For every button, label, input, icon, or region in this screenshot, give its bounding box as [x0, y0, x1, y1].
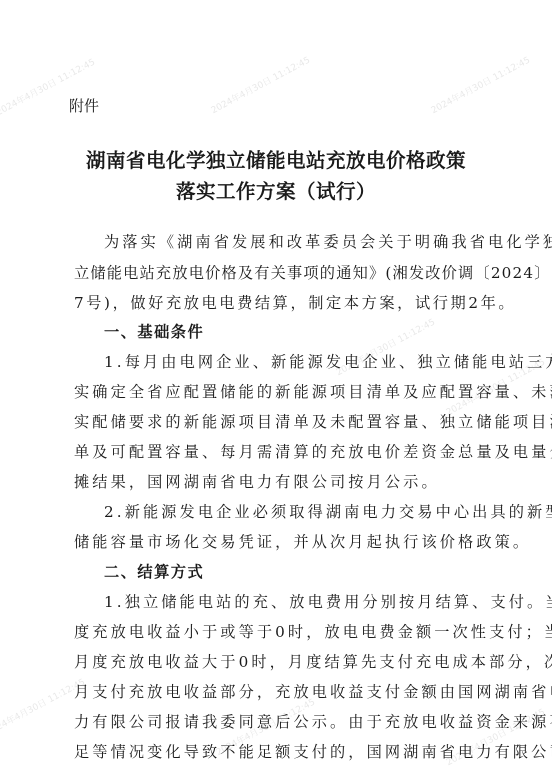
body-text-line: 摊结果，国网湖南省电力有限公司按月公示。 — [74, 471, 440, 492]
watermark: 2024年4月30日 11:12:45 — [208, 53, 312, 116]
section-heading: 二、结算方式 — [104, 561, 204, 582]
body-text-line: 实确定全省应配置储能的新能源项目清单及应配置容量、未落 — [74, 381, 552, 402]
watermark: 2024年4月30日 11:12:45 — [428, 53, 532, 116]
document-title-line2: 落实工作方案（试行） — [0, 176, 552, 204]
document-title-line1: 湖南省电化学独立储能电站充放电价格政策 — [0, 145, 552, 173]
body-text-line: 月度充放电收益大于0时，月度结算先支付充电成本部分，次 — [74, 651, 552, 672]
body-text-line: 实配储要求的新能源项目清单及未配置容量、独立储能项目清 — [74, 411, 552, 432]
body-text-line: 立储能电站充放电价格及有关事项的通知》(湘发改价调〔2024〕 — [74, 262, 551, 283]
body-text-line: 足等情况变化导致不能足额支付的，国网湖南省电力有限公司 — [74, 741, 552, 762]
body-text-line: 度充放电收益小于或等于0时，放电电费金额一次性支付；当 — [74, 621, 552, 642]
attachment-label: 附件 — [69, 95, 99, 116]
body-text-line: 7号)，做好充放电电费结算，制定本方案，试行期2年。 — [74, 292, 516, 313]
body-text-line: 2.新能源发电企业必须取得湖南电力交易中心出具的新型 — [104, 501, 552, 522]
body-text-line: 力有限公司报请我委同意后公示。由于充放电收益资金来源不 — [74, 711, 552, 732]
section-heading: 一、基础条件 — [104, 321, 204, 342]
body-text-line: 1.每月由电网企业、新能源发电企业、独立储能电站三方核 — [104, 351, 552, 372]
body-text-line: 月支付充放电收益部分，充放电收益支付金额由国网湖南省电 — [74, 681, 552, 702]
body-text-line: 为落实《湖南省发展和改革委员会关于明确我省电化学独 — [104, 231, 552, 252]
body-text-line: 1.独立储能电站的充、放电费用分别按月结算、支付。当月 — [104, 591, 552, 612]
document-page: 2024年4月30日 11:12:45 2024年4月30日 11:12:45 … — [0, 0, 552, 780]
body-text-line: 单及可配置容量、每月需清算的充放电价差资金总量及电量分 — [74, 441, 552, 462]
body-text-line: 储能容量市场化交易凭证，并从次月起执行该价格政策。 — [74, 531, 531, 552]
